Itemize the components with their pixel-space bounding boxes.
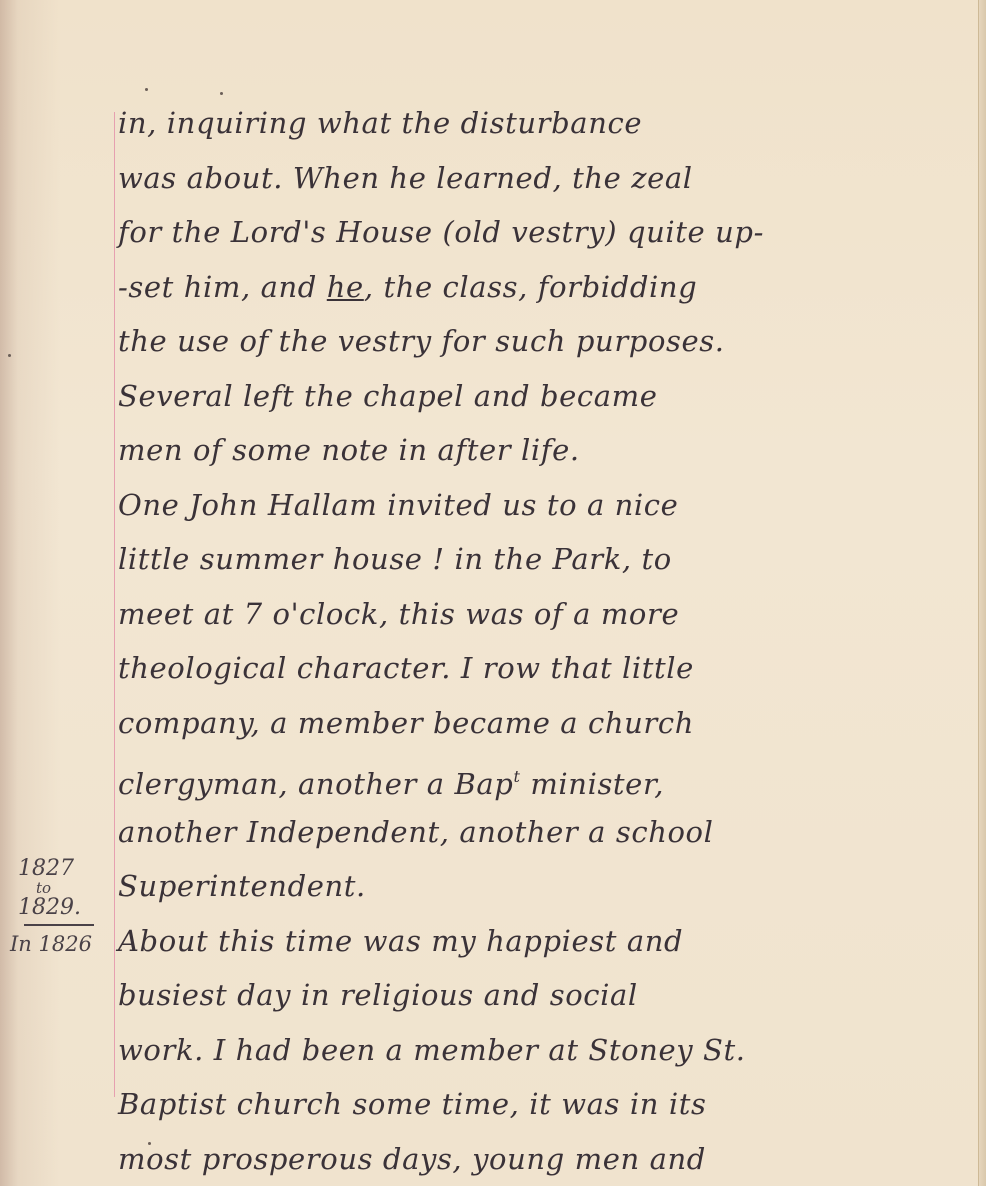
text-line: company, a member became a church	[118, 696, 968, 751]
ink-speck	[145, 88, 148, 91]
text-segment: , the class, forbidding	[364, 270, 698, 304]
manuscript-page: in, inquiring what the disturbance was a…	[0, 0, 986, 1186]
ink-speck	[220, 92, 223, 95]
margin-year-start: 1827	[10, 856, 110, 882]
margin-year-end: 1829.	[10, 894, 98, 922]
text-line: Baptist church some time, it was in its	[118, 1077, 968, 1132]
text-line: Superintendent.	[118, 859, 968, 914]
text-line: About this time was my happiest and	[118, 914, 968, 969]
margin-to: to	[10, 882, 110, 894]
text-segment: -set him, and	[118, 270, 327, 304]
underlined-word: he	[327, 270, 364, 304]
text-segment: minister,	[521, 767, 665, 801]
text-line: little summer house ! in the Park, to	[118, 532, 968, 587]
text-line: -set him, and he, the class, forbidding	[118, 260, 968, 315]
text-line: most prosperous days, young men and	[118, 1132, 968, 1186]
text-line: work. I had been a member at Stoney St.	[118, 1023, 968, 1078]
text-line: in, inquiring what the disturbance	[118, 96, 968, 151]
text-line: busiest day in religious and social	[118, 968, 968, 1023]
text-line: theological character. I row that little	[118, 641, 968, 696]
margin-in-year: In 1826	[10, 930, 110, 958]
text-line: another Independent, another a school	[118, 805, 968, 860]
text-line: clergyman, another a Bapt minister,	[118, 750, 968, 805]
page-edge	[978, 0, 986, 1186]
margin-date-note: 1827 to 1829. In 1826	[10, 856, 110, 958]
margin-rule	[114, 112, 115, 1097]
text-line: for the Lord's House (old vestry) quite …	[118, 205, 968, 260]
text-line: One John Hallam invited us to a nice	[118, 478, 968, 533]
text-segment: clergyman, another a Bap	[118, 767, 513, 801]
text-line: meet at 7 o'clock, this was of a more	[118, 587, 968, 642]
ink-speck	[8, 354, 11, 357]
text-line: the use of the vestry for such purposes.	[118, 314, 968, 369]
handwritten-text: in, inquiring what the disturbance was a…	[118, 96, 968, 1186]
text-line: Several left the chapel and became	[118, 369, 968, 424]
superscript-abbrev: t	[513, 767, 520, 786]
margin-underline	[24, 924, 94, 926]
text-line: men of some note in after life.	[118, 423, 968, 478]
text-line: was about. When he learned, the zeal	[118, 151, 968, 206]
